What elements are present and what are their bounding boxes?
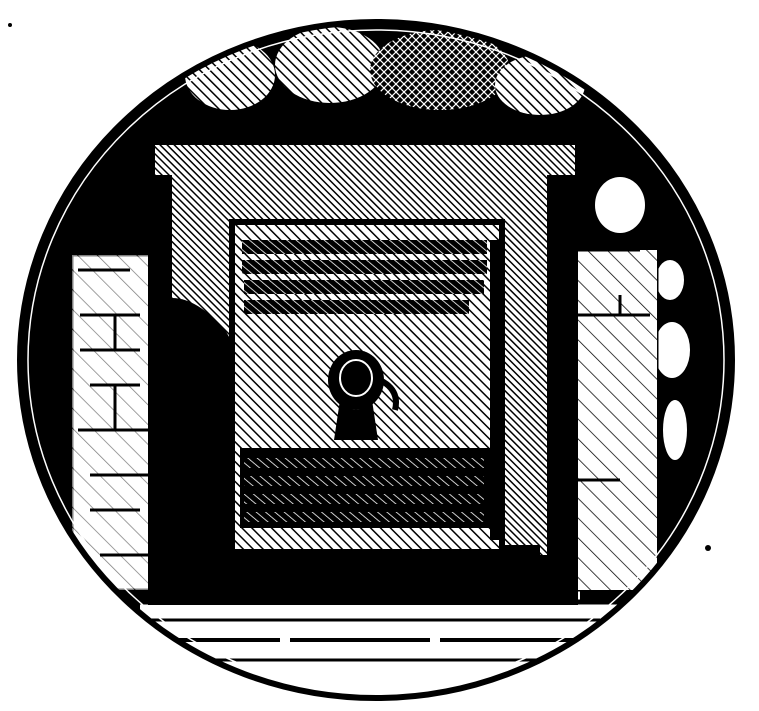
lower-inscription [240,448,490,528]
left-brick-pillar [72,255,160,590]
right-brick-pillar [572,250,657,590]
inner-tablet [232,222,502,552]
engraving-illustration [0,0,759,711]
